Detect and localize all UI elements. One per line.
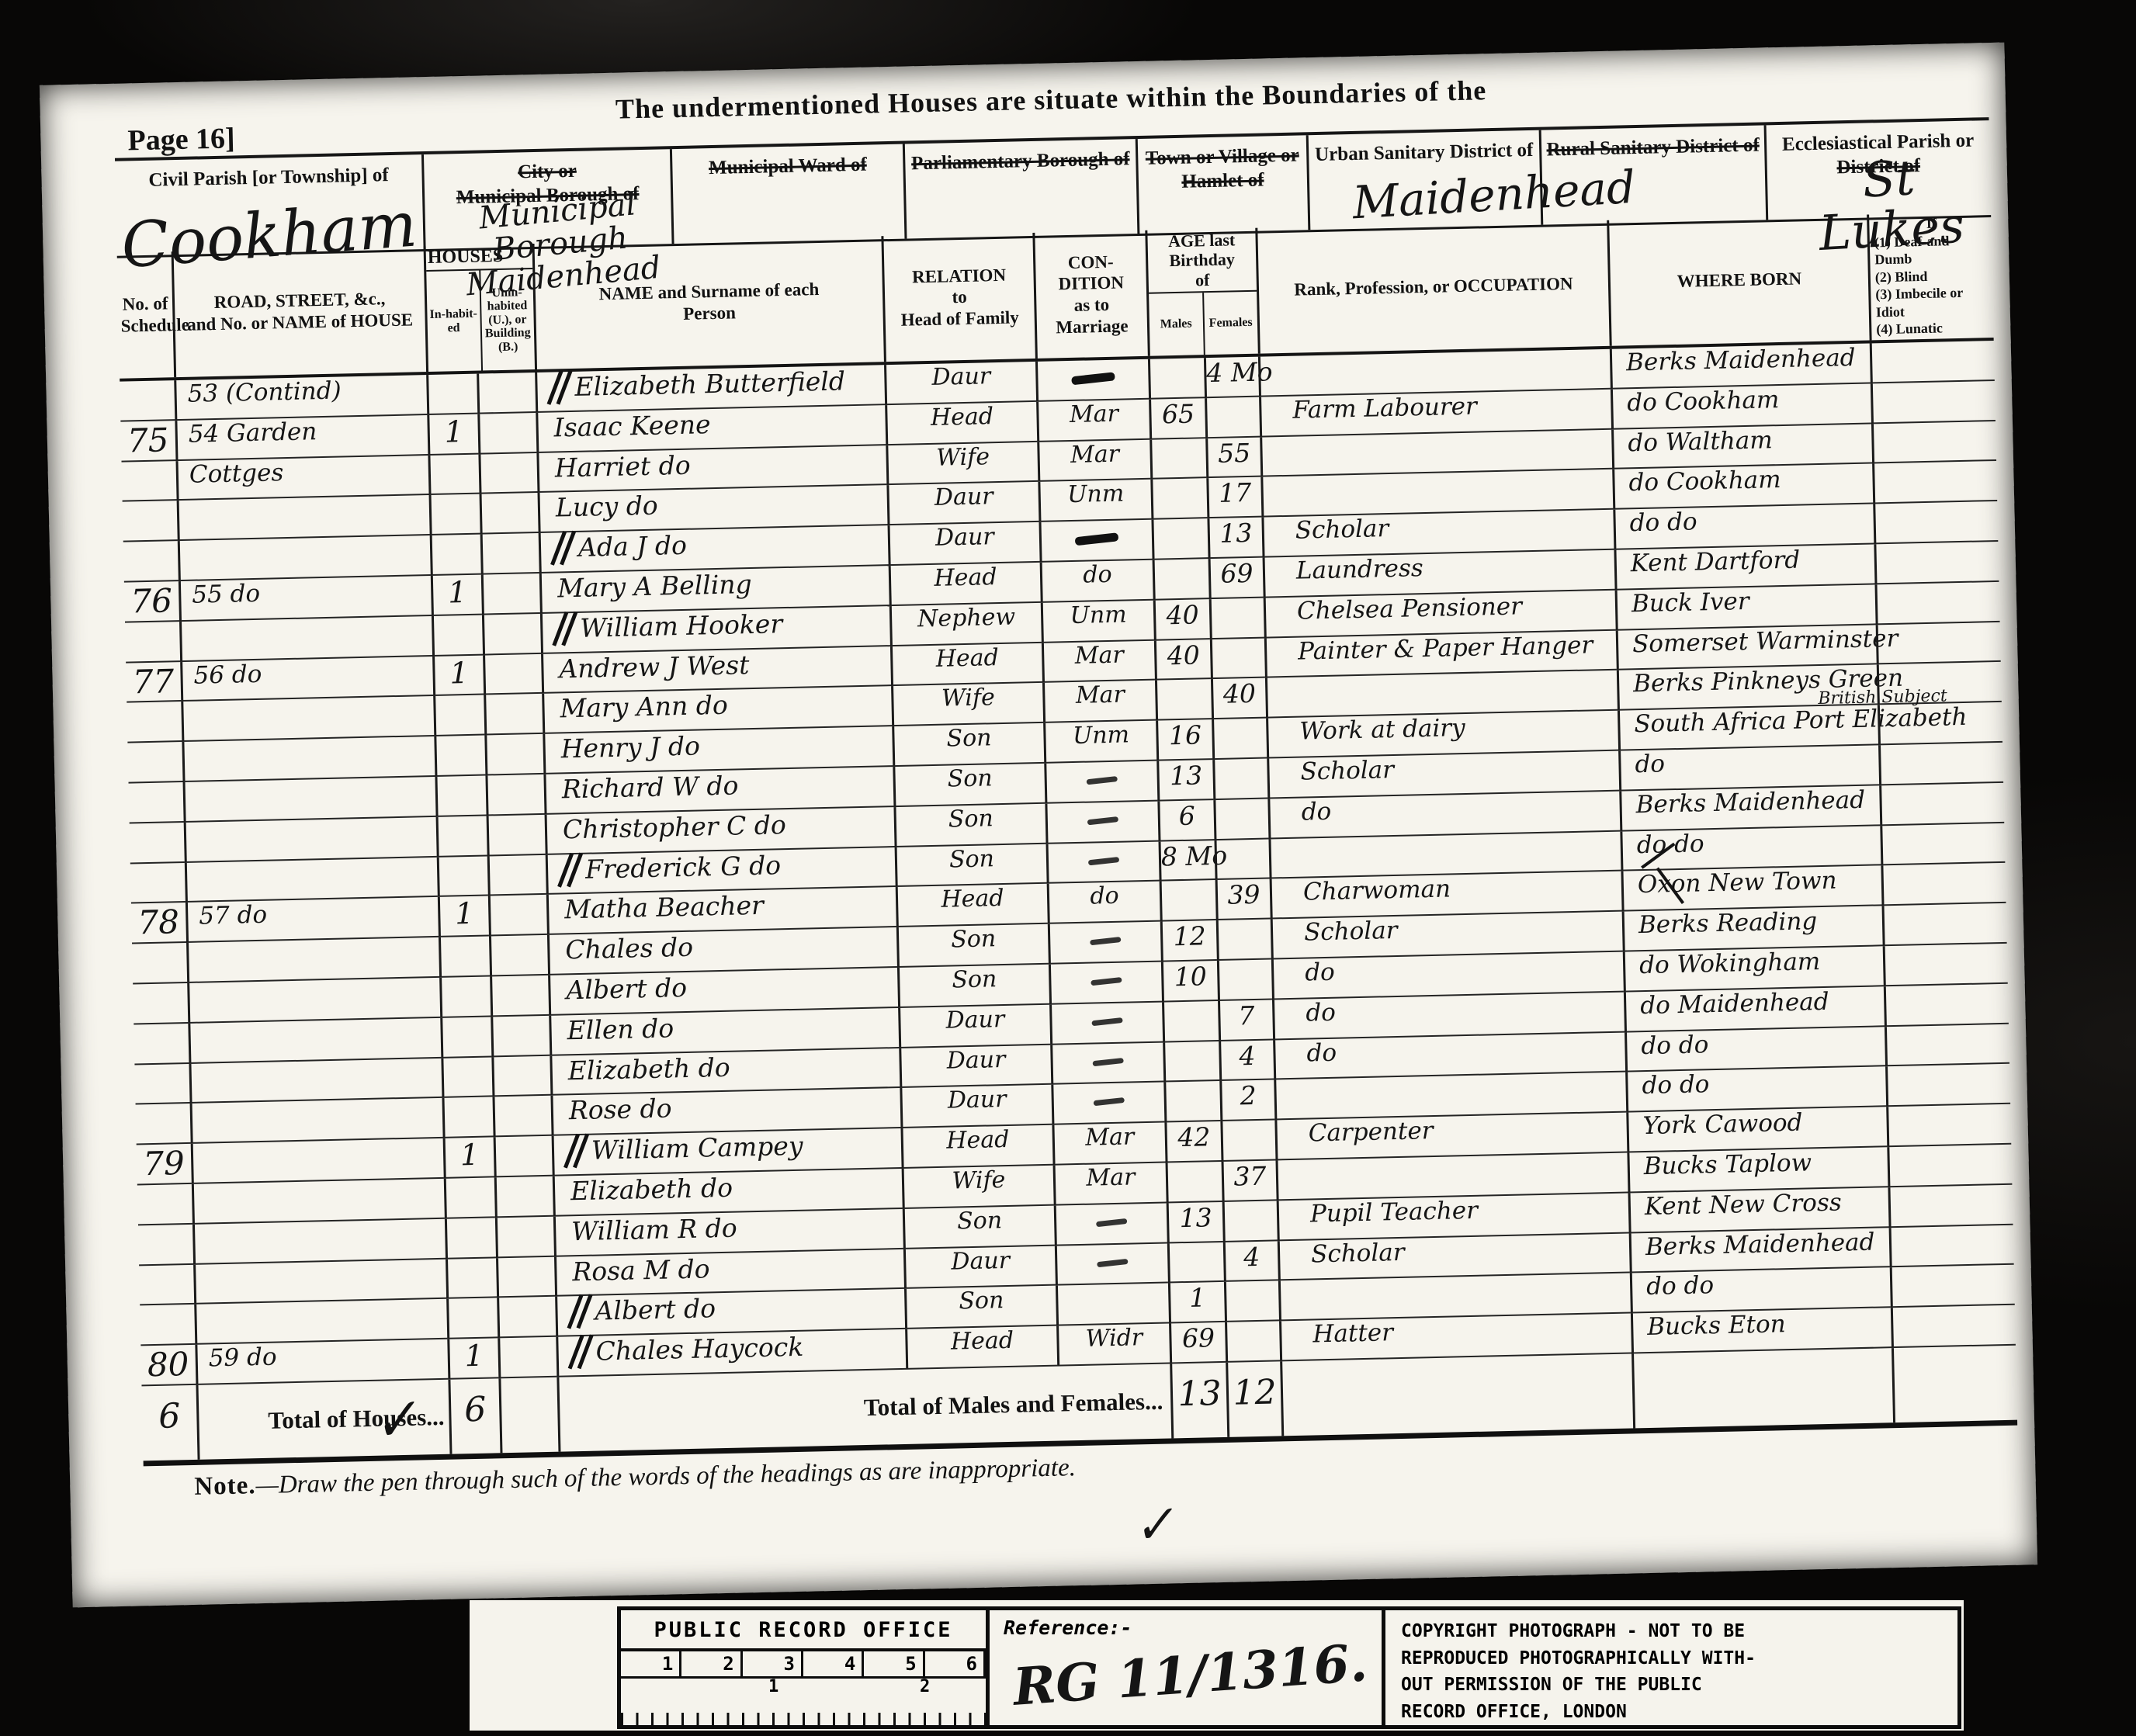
district-cell-0: Civil Parish [or Township] ofCookham [115, 154, 424, 256]
scan-background: Page 16] The undermentioned Houses are s… [0, 0, 2136, 1736]
cell-inhabited [445, 1218, 496, 1259]
cell-age-female: 4 [1219, 1040, 1274, 1081]
cell-relation: Wife [886, 442, 1038, 486]
cell-inhabited: 1 [438, 896, 489, 937]
cell-where-born: do Cookham [1611, 383, 1871, 429]
cell-uninhabited [477, 372, 536, 414]
table-body: 53 (Contind)Elizabeth ButterfieldDaur4 M… [120, 341, 2016, 1386]
cell-road [183, 777, 436, 823]
col-header-condition: CON-DITIONas toMarriage [1032, 230, 1147, 359]
cell-where-born: Berks Maidenhead [1629, 1228, 1890, 1273]
cell-age-male: 10 [1161, 961, 1218, 1002]
cell-relation: Daur [898, 1004, 1050, 1048]
cell-road [188, 1018, 441, 1064]
cell-age-male [1163, 1041, 1219, 1083]
cell-road [177, 495, 430, 541]
cell-age-female [1217, 959, 1272, 1000]
cell-uninhabited [485, 774, 544, 816]
cell-uninhabited [490, 975, 549, 1017]
cell-where-born: Bucks Eton [1631, 1308, 1892, 1353]
cell-where-born: do do [1625, 1027, 1885, 1072]
totals-infirmity-empty [1892, 1346, 2017, 1422]
cell-age-male: 13 [1167, 1202, 1223, 1243]
totals-schedule-count: 6 [142, 1385, 198, 1461]
cell-where-born: Buck Iver [1615, 584, 1876, 630]
cell-where-born: Berks Reading [1622, 906, 1883, 951]
cell-age-male: 1 [1168, 1282, 1225, 1323]
household-mark [573, 1297, 592, 1330]
cell-age-female: 39 [1215, 879, 1271, 920]
cell-road [193, 1259, 446, 1305]
ruler-numbers: 123456 [621, 1651, 986, 1679]
cell-age-male: 40 [1154, 639, 1211, 681]
cell-uninhabited [496, 1256, 555, 1298]
cell-road: 54 Garden [175, 415, 428, 461]
cell-uninhabited [498, 1337, 557, 1378]
cell-condition [1044, 761, 1157, 804]
district-cell-2: Municipal Ward of [670, 144, 905, 244]
cell-schedule: 75 [120, 421, 175, 462]
cell-infirmity [1889, 1225, 2014, 1267]
totals-houses-value: 6 [448, 1378, 500, 1454]
cell-inhabited: 1 [432, 655, 484, 696]
cell-age-female: 4 [1223, 1241, 1278, 1282]
cell-age-female [1212, 719, 1267, 760]
cell-relation: Daur [886, 482, 1039, 525]
cell-infirmity [1873, 501, 1998, 544]
cell-age-female [1205, 397, 1260, 438]
cell-schedule [123, 541, 179, 582]
cell-where-born: Berks Maidenhead [1619, 785, 1880, 831]
cell-infirmity [1883, 944, 2008, 986]
cell-condition: Mar [1042, 681, 1156, 723]
cell-inhabited [442, 1097, 494, 1138]
cell-uninhabited [478, 453, 537, 494]
cell-relation: Son [903, 1205, 1055, 1249]
cell-infirmity [1871, 381, 1996, 424]
cell-age-female: 55 [1205, 437, 1260, 478]
cell-age-male [1148, 358, 1205, 399]
cell-road [184, 817, 437, 863]
col-header-females: Females [1202, 292, 1258, 355]
cell-condition [1035, 359, 1149, 402]
cell-uninhabited [480, 493, 539, 534]
cell-relation: Son [893, 804, 1045, 847]
district-cell-5: Urban Sanitary District ofMaidenhead [1306, 130, 1541, 230]
cell-relation: Daur [903, 1246, 1056, 1289]
cell-infirmity [1881, 863, 2006, 906]
cell-infirmity [1878, 702, 2003, 745]
cell-road [185, 857, 438, 903]
cell-relation: Daur [884, 362, 1036, 405]
cell-schedule [140, 1305, 195, 1346]
cell-schedule [120, 380, 175, 421]
cell-where-born: do Wokingham [1623, 946, 1884, 992]
cell-age-female: 17 [1206, 477, 1261, 518]
check-mark: ✓ [1129, 1495, 1178, 1557]
cell-age-male [1149, 438, 1206, 480]
cell-schedule [127, 702, 182, 743]
cell-condition [1055, 1243, 1168, 1286]
cell-uninhabited [494, 1136, 553, 1177]
totals-occupation-empty [1280, 1353, 1633, 1436]
cell-age-female: 37 [1222, 1160, 1277, 1201]
cell-age-male: 65 [1149, 398, 1205, 439]
cell-infirmity [1888, 1184, 2013, 1227]
cell-road: 57 do [186, 897, 439, 943]
cell-schedule [130, 823, 185, 864]
cell-infirmity [1885, 1064, 2010, 1107]
cell-infirmity [1870, 341, 1995, 383]
cell-age-male [1153, 559, 1209, 600]
cell-age-male [1163, 1081, 1220, 1122]
cell-age-male [1166, 1162, 1222, 1203]
cell-inhabited [426, 374, 477, 415]
cell-age-female: 40 [1211, 678, 1266, 719]
cell-where-born: do [1618, 745, 1879, 791]
cell-age-female: 7 [1218, 1000, 1273, 1041]
cell-schedule: 79 [137, 1144, 192, 1185]
cell-age-male [1167, 1242, 1224, 1283]
cell-schedule: 76 [124, 581, 179, 622]
cell-infirmity [1884, 984, 2009, 1027]
cell-uninhabited [492, 1096, 551, 1137]
cell-uninhabited [484, 734, 543, 775]
cell-condition: do [1040, 560, 1153, 603]
cell-inhabited [430, 535, 481, 576]
cell-road [187, 978, 440, 1024]
totals-males-females-label: Total of Males and Females... [557, 1364, 1171, 1451]
pen-flourish: ✓ [368, 1385, 423, 1455]
cell-uninhabited [488, 895, 547, 936]
cell-inhabited [433, 695, 484, 736]
col-header-age: AGE lastBirthdayof Males Females [1145, 228, 1258, 356]
cell-age-male [1155, 679, 1212, 720]
cell-infirmity [1890, 1265, 2015, 1308]
cell-condition: Mar [1036, 400, 1149, 442]
cell-condition [1051, 1083, 1164, 1125]
cell-condition: Mar [1042, 640, 1155, 683]
cell-inhabited [429, 494, 480, 535]
cell-schedule: 78 [131, 903, 186, 944]
totals-males-value: 13 [1170, 1363, 1227, 1439]
district-label: Municipal Ward of [672, 152, 903, 182]
cell-road [182, 736, 435, 782]
cell-age-female [1222, 1201, 1278, 1242]
totals-females-value: 12 [1226, 1361, 1281, 1437]
cell-relation: Wife [891, 683, 1043, 726]
cell-where-born: Kent Dartford [1614, 544, 1874, 590]
cell-condition: Mar [1053, 1163, 1167, 1205]
cell-schedule [127, 742, 182, 783]
cell-condition: Mar [1052, 1123, 1165, 1166]
cell-inhabited [437, 856, 488, 897]
cell-schedule [133, 983, 188, 1024]
cell-relation: Head [885, 402, 1037, 445]
cell-where-born: York Cawood [1626, 1107, 1887, 1152]
cell-age-female [1209, 598, 1264, 639]
cell-inhabited: 1 [427, 414, 478, 455]
district-label: Parliamentary Borough of [905, 147, 1136, 176]
cell-infirmity [1882, 903, 2007, 946]
cell-road: 55 do [179, 576, 432, 622]
cell-inhabited [432, 615, 483, 656]
cell-age-female [1213, 799, 1268, 840]
col-header-relation: RELATIONtoHead of Family [881, 233, 1035, 362]
cell-infirmity [1871, 421, 1996, 464]
cell-infirmity [1887, 1145, 2012, 1187]
cell-infirmity [1874, 582, 1999, 625]
cell-where-born: Oxon New Town [1621, 866, 1881, 912]
cell-where-born: Kent New Cross [1628, 1187, 1889, 1233]
cell-schedule [138, 1225, 193, 1266]
cell-infirmity [1874, 542, 1999, 584]
cell-age-male [1150, 479, 1207, 520]
cell-age-female [1212, 759, 1267, 800]
cell-condition: Mar [1037, 439, 1150, 482]
cell-relation: Wife [902, 1166, 1054, 1209]
cell-condition [1050, 1042, 1163, 1085]
cell-inhabited [444, 1177, 495, 1218]
cell-uninhabited [491, 1055, 550, 1097]
cell-inhabited: 1 [447, 1338, 498, 1379]
cell-relation: Son [897, 965, 1049, 1008]
cell-age-female: 2 [1219, 1080, 1274, 1121]
cell-relation: Son [895, 844, 1047, 887]
ruler-ticks: 1 2 [621, 1679, 986, 1725]
household-mark [553, 372, 572, 406]
district-cell-3: Parliamentary Borough of [903, 139, 1138, 239]
cell-schedule: 77 [126, 662, 181, 703]
district-cell-1: City orMunicipal Borough ofMunicipal Bor… [421, 149, 672, 249]
cell-age-female [1224, 1281, 1279, 1322]
cell-schedule: 80 [140, 1345, 196, 1386]
district-label: Civil Parish [or Township] of [115, 162, 422, 193]
cell-schedule [134, 1063, 189, 1104]
household-mark [574, 1337, 593, 1370]
cell-inhabited [435, 775, 486, 816]
cell-schedule [122, 461, 177, 502]
cell-age-female [1225, 1322, 1280, 1363]
cell-relation: Nephew [889, 603, 1042, 646]
cell-relation: Head [900, 1125, 1052, 1169]
cell-age-male: 12 [1160, 920, 1217, 962]
cell-infirmity [1891, 1305, 2016, 1348]
cell-age-male: 42 [1164, 1121, 1221, 1163]
cell-condition: do [1047, 882, 1160, 924]
cell-inhabited [436, 816, 487, 857]
cell-age-male [1162, 1001, 1219, 1042]
cell-uninhabited [494, 1176, 553, 1218]
cell-condition [1054, 1203, 1167, 1246]
public-record-office-stamp: PUBLIC RECORD OFFICE 123456 1 2 Referenc… [617, 1606, 1961, 1729]
cell-road: 56 do [180, 657, 433, 702]
cell-inhabited [439, 976, 491, 1017]
cell-relation: Head [890, 643, 1042, 686]
cell-schedule [137, 1184, 192, 1225]
cell-schedule [136, 1104, 191, 1145]
stamp-scale-section: PUBLIC RECORD OFFICE 123456 1 2 [621, 1610, 990, 1725]
cell-condition [1056, 1284, 1169, 1326]
cell-schedule [123, 501, 178, 542]
reference-label: Reference:- [1004, 1616, 1132, 1639]
cell-age-female: 69 [1208, 558, 1264, 599]
cell-inhabited: 1 [443, 1138, 494, 1179]
cell-infirmity [1879, 783, 2004, 826]
cell-infirmity [1885, 1024, 2009, 1066]
born-annotation: British Subject [1818, 687, 1947, 709]
cell-age-male: 6 [1157, 800, 1214, 841]
cell-uninhabited [487, 815, 546, 856]
cell-relation: Daur [899, 1045, 1051, 1088]
cell-condition [1049, 1002, 1163, 1045]
cell-uninhabited [495, 1216, 554, 1257]
reference-value: RG 11/1316. [1011, 1632, 1369, 1717]
cell-age-male [1151, 518, 1208, 560]
enumeration-table: No. ofSchedule ROAD, STREET, &c.,and No.… [117, 212, 2018, 1466]
cell-inhabited [434, 736, 485, 777]
cell-road [178, 535, 431, 581]
cell-inhabited [428, 454, 479, 495]
totals-houses-label: ✓ Total of Houses... [196, 1380, 449, 1460]
cell-road [191, 1138, 444, 1184]
cell-relation: Son [896, 924, 1049, 968]
cell-schedule [125, 622, 180, 663]
cell-age-female [1216, 920, 1271, 961]
cell-condition [1045, 801, 1158, 844]
cell-relation: Head [889, 563, 1041, 606]
cell-uninhabited [477, 413, 536, 454]
copyright-notice: COPYRIGHT PHOTOGRAPH - NOT TO BE REPRODU… [1385, 1610, 1957, 1725]
household-mark [557, 533, 576, 567]
cell-condition [1039, 520, 1152, 563]
cell-condition: Unm [1043, 721, 1156, 764]
cell-inhabited: 1 [431, 575, 482, 616]
cell-infirmity [1880, 823, 2005, 865]
cell-age-male: 8 Mo [1158, 840, 1215, 882]
cell-infirmity [1878, 743, 2003, 785]
cell-where-born: Bucks Taplow [1627, 1147, 1888, 1193]
cell-condition: Widr [1056, 1324, 1170, 1367]
cell-road [192, 1179, 445, 1225]
col-header-males: Males [1149, 293, 1203, 356]
cell-road [179, 616, 432, 662]
cell-relation: Head [896, 884, 1048, 927]
cell-age-female: 13 [1207, 518, 1262, 559]
district-cell-4: Town or Village orHamlet of [1136, 135, 1309, 234]
cell-condition [1048, 922, 1161, 965]
cell-age-female [1214, 839, 1269, 880]
cell-schedule [130, 863, 186, 904]
cell-inhabited [446, 1258, 497, 1299]
cell-where-born: Somerset Warminster [1616, 625, 1877, 670]
cell-schedule [139, 1264, 194, 1305]
district-handwritten-value: Municipal Borough Maidenhead [445, 185, 675, 303]
cell-where-born: Berks Maidenhead [1610, 343, 1871, 389]
cell-uninhabited [480, 533, 539, 574]
stamp-band: PUBLIC RECORD OFFICE 123456 1 2 Referenc… [470, 1600, 1964, 1731]
cell-uninhabited [491, 1016, 550, 1057]
household-mark [563, 854, 583, 888]
cell-road [186, 937, 439, 983]
cell-where-born: do do [1630, 1268, 1891, 1314]
cell-inhabited [439, 937, 490, 978]
cell-inhabited [441, 1057, 492, 1098]
cell-road: Cottges [175, 456, 428, 501]
cell-road [189, 1058, 442, 1104]
household-mark [558, 614, 577, 647]
cell-age-male: 13 [1156, 760, 1213, 801]
cell-where-born: South Africa Port ElizabethBritish Subje… [1618, 705, 1878, 751]
cell-where-born: do Waltham [1611, 424, 1872, 470]
cell-age-male: 40 [1153, 599, 1210, 640]
cell-uninhabited [484, 694, 543, 735]
household-mark [570, 1136, 589, 1169]
cell-relation: Son [893, 764, 1045, 807]
cell-road [190, 1098, 443, 1144]
totals-uninhabited-empty [498, 1377, 558, 1454]
cell-road: 53 (Contind) [174, 375, 427, 421]
cell-schedule [132, 943, 187, 984]
cell-uninhabited [482, 614, 541, 655]
district-label: Urban Sanitary District of [1309, 138, 1540, 168]
cell-condition: Unm [1038, 480, 1151, 522]
cell-age-female [1220, 1121, 1275, 1162]
cell-condition [1049, 962, 1162, 1005]
district-cell-7: Ecclesiastical Parish orDistrict ofSt Lu… [1764, 120, 1992, 220]
cell-condition: Unm [1041, 600, 1154, 643]
cell-where-born: do do [1613, 504, 1874, 550]
cell-infirmity [1872, 461, 1997, 504]
cell-road [192, 1219, 446, 1265]
district-label: Rural Sanitary District of [1541, 133, 1765, 162]
cell-road: 59 do [195, 1339, 448, 1385]
census-sheet: Page 16] The undermentioned Houses are s… [40, 43, 2037, 1608]
district-handwritten-value: St Lukes [1787, 148, 1993, 261]
col-header-occupation: Rank, Profession, or OCCUPATION [1255, 220, 1609, 354]
stamp-reference-section: Reference:- RG 11/1316. [990, 1610, 1385, 1725]
cell-age-male: 69 [1169, 1322, 1226, 1364]
cell-relation: Daur [900, 1085, 1052, 1128]
totals-born-empty [1631, 1348, 1893, 1428]
cell-schedule [129, 782, 184, 823]
cell-where-born: do Cookham [1612, 464, 1873, 510]
cell-inhabited [440, 1017, 491, 1058]
cell-relation: Head [905, 1326, 1057, 1370]
cell-relation: Son [904, 1286, 1056, 1329]
cell-road [194, 1299, 447, 1345]
cell-age-female: 4 Mo [1204, 357, 1259, 398]
cell-infirmity [1876, 622, 2001, 664]
cell-uninhabited [497, 1297, 556, 1338]
stamp-office-title: PUBLIC RECORD OFFICE [621, 1610, 986, 1651]
cell-relation: Son [892, 723, 1044, 767]
cell-road [181, 696, 434, 742]
cell-where-born: do Maidenhead [1624, 986, 1885, 1032]
cell-relation: Daur [888, 522, 1040, 566]
cell-age-male: 16 [1156, 719, 1212, 761]
cell-infirmity [1886, 1104, 2011, 1147]
cell-age-female [1210, 638, 1265, 679]
cell-age-male [1160, 880, 1216, 921]
district-label: Town or Village orHamlet of [1138, 143, 1307, 195]
cell-uninhabited [487, 854, 546, 896]
cell-condition [1046, 841, 1160, 884]
cell-schedule [133, 1024, 189, 1065]
cell-inhabited [446, 1298, 498, 1339]
cell-uninhabited [489, 935, 548, 976]
cell-uninhabited [483, 654, 542, 695]
